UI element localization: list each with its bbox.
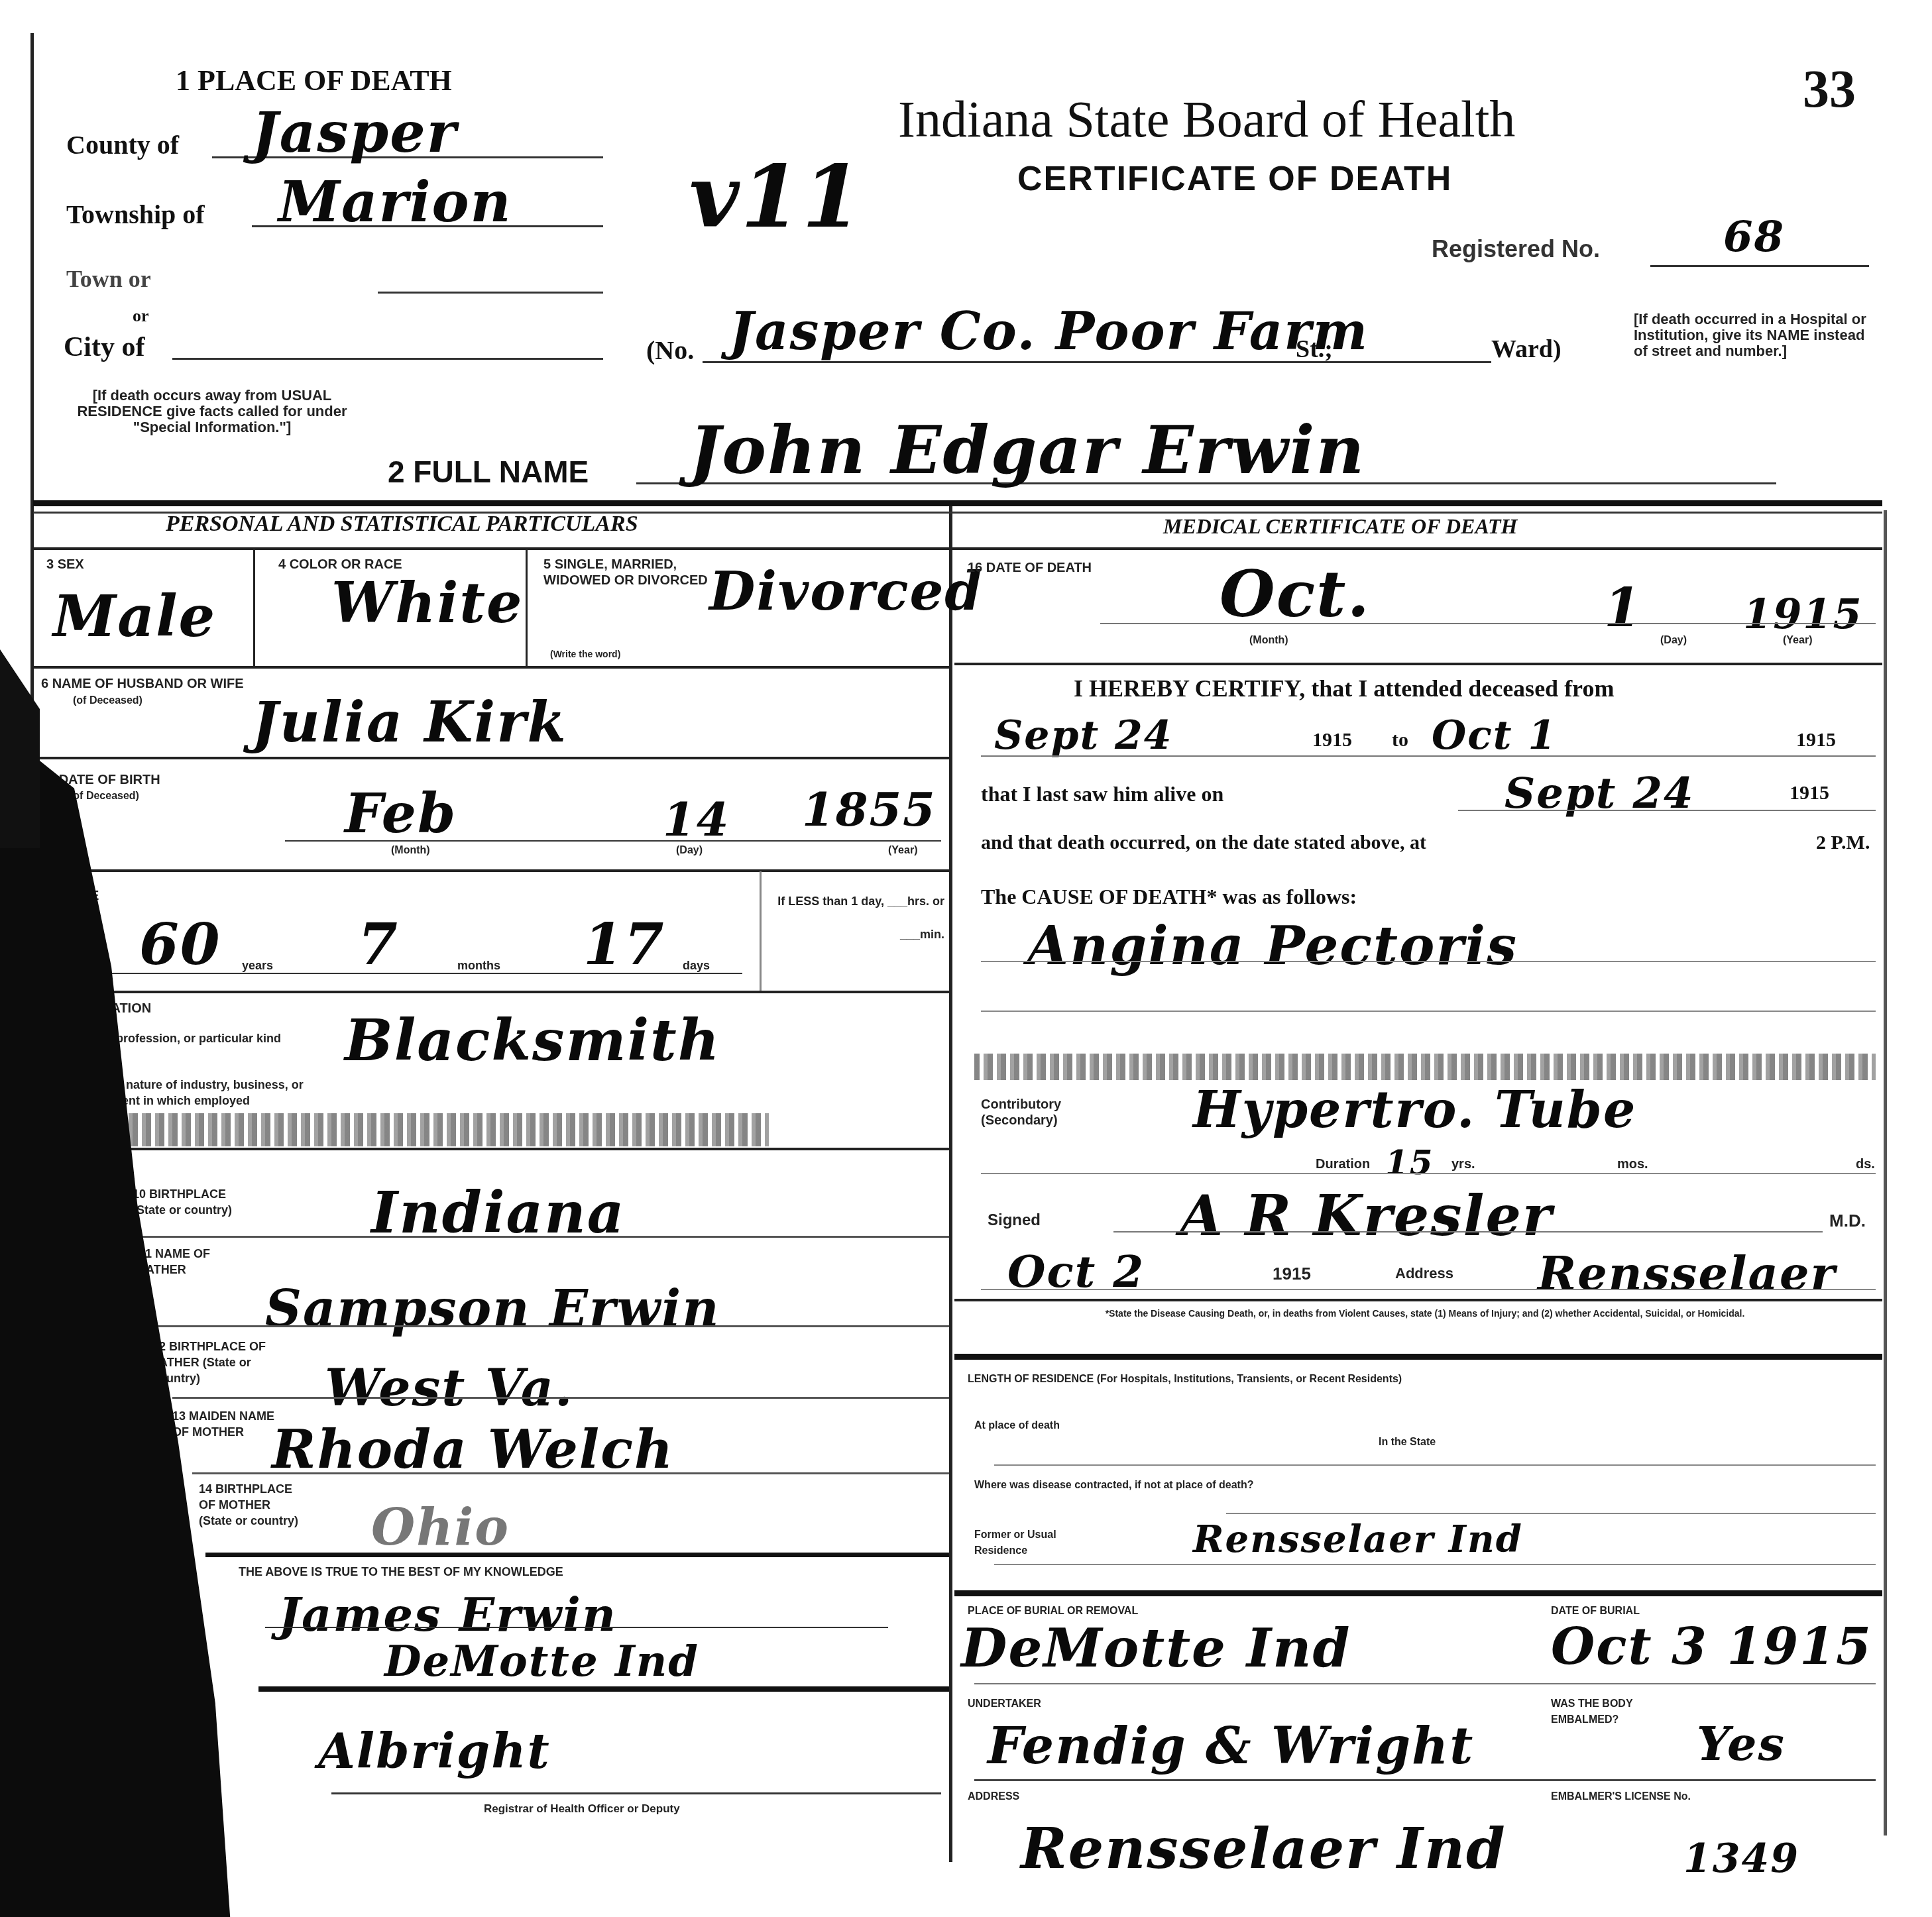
filed-value[interactable]: Albright: [318, 1723, 551, 1779]
dob-line: [285, 840, 941, 842]
contributory-label: Contributory (Secondary): [981, 1097, 1113, 1128]
divider: [253, 550, 255, 666]
row-rule: [139, 1325, 949, 1327]
header-rule: [33, 500, 1882, 506]
attended-from[interactable]: Sept 24: [994, 712, 1173, 759]
registered-no-line: [1650, 265, 1869, 267]
marital-sub: (Write the word): [550, 646, 620, 662]
marital-value[interactable]: Divorced: [709, 560, 983, 622]
row-rule: [258, 1686, 949, 1692]
row-rule: [954, 1590, 1882, 1596]
row-rule: [954, 663, 1882, 665]
row-rule: [33, 991, 949, 993]
mos-label: mos.: [1617, 1156, 1648, 1172]
burial-date-value[interactable]: Oct 3 1915: [1551, 1617, 1872, 1676]
section-rule: [33, 547, 1882, 550]
former-residence-line: [994, 1564, 1876, 1565]
registered-no-value[interactable]: 68: [1723, 212, 1785, 262]
city-label: City of: [64, 331, 144, 363]
contracted-line: [1226, 1513, 1876, 1514]
at-place-label: At place of death: [974, 1418, 1060, 1434]
ward-line[interactable]: [1352, 361, 1491, 363]
to-label: to: [1392, 729, 1408, 751]
township-value[interactable]: Marion: [278, 169, 512, 235]
sex-label: 3 SEX: [46, 557, 84, 573]
father-birthplace-value[interactable]: West Va.: [325, 1358, 574, 1417]
embalmed-label: WAS THE BODY EMBALMED?: [1551, 1696, 1683, 1728]
duration-label: Duration: [1316, 1156, 1370, 1172]
hospital-note: [If death occurred in a Hospital or Inst…: [1634, 311, 1879, 359]
cause-value[interactable]: Angina Pectoris: [1027, 914, 1518, 977]
dob-year[interactable]: 1855: [802, 782, 937, 837]
last-saw-line: [1458, 810, 1876, 811]
mother-birthplace-label: 14 BIRTHPLACE OF MOTHER (State or countr…: [199, 1481, 305, 1529]
signed-line: [1113, 1231, 1823, 1232]
spouse-value[interactable]: Julia Kirk: [252, 689, 567, 755]
where-contracted-label: Where was disease contracted, if not at …: [974, 1478, 1273, 1494]
dob-year-label: (Year): [888, 843, 917, 859]
dod-day[interactable]: 1: [1604, 576, 1642, 639]
row-rule: [33, 666, 949, 669]
row-rule: [133, 1236, 949, 1238]
attended-to-year[interactable]: 1915: [1796, 729, 1836, 751]
occurred-text: and that death occurred, on the date sta…: [981, 832, 1426, 854]
undertaker-address-value[interactable]: Rensselaer Ind: [1021, 1816, 1506, 1881]
row-rule: [954, 1354, 1882, 1360]
corner-number: 33: [1803, 60, 1856, 120]
street-value[interactable]: Jasper Co. Poor Farm: [729, 301, 1369, 362]
attended-to[interactable]: Oct 1: [1432, 712, 1557, 759]
signed-label: Signed: [988, 1213, 1041, 1229]
spouse-sub: (of Deceased): [73, 693, 142, 709]
md-label: M.D.: [1829, 1213, 1866, 1229]
paper-damage: [974, 1054, 1876, 1080]
dob-sub: (of Deceased): [70, 789, 139, 804]
cause-line: [981, 961, 1876, 962]
row-rule: [954, 1299, 1882, 1301]
board-title: Indiana State Board of Health: [898, 89, 1515, 149]
dod-month-label: (Month): [1249, 633, 1288, 649]
full-name-label: 2 FULL NAME: [388, 454, 589, 490]
dod-day-label: (Day): [1660, 633, 1687, 649]
dod-month[interactable]: Oct.: [1220, 557, 1371, 631]
dod-year[interactable]: 1915: [1743, 590, 1863, 638]
footnote: *State the Disease Causing Death, or, in…: [994, 1305, 1856, 1321]
signed-year[interactable]: 1915: [1273, 1266, 1311, 1282]
burial-line: [974, 1683, 1876, 1684]
paper-damage: [40, 1113, 769, 1146]
place-of-death-heading: 1 PLACE OF DEATH: [176, 64, 452, 97]
occurred-time[interactable]: 2 P.M.: [1816, 832, 1870, 854]
occupation-value[interactable]: Blacksmith: [345, 1007, 720, 1074]
row-rule: [192, 1472, 949, 1474]
residence-heading: LENGTH OF RESIDENCE (For Hospitals, Inst…: [968, 1372, 1869, 1388]
attended-line: [981, 755, 1876, 757]
duration-line: [981, 1173, 1876, 1174]
cause-line-2: [981, 1011, 1876, 1012]
undertaker-label: UNDERTAKER: [968, 1696, 1041, 1712]
residence-line: [994, 1464, 1876, 1466]
informant-value[interactable]: James Erwin: [278, 1587, 617, 1642]
town-label: Town or: [66, 265, 151, 293]
less-than-label: If LESS than 1 day, ___hrs. or ___min.: [772, 885, 944, 951]
mother-birthplace-value[interactable]: Ohio: [371, 1498, 510, 1557]
dod-label: 16 DATE OF DEATH: [968, 560, 1092, 576]
township-label: Township of: [66, 199, 205, 230]
scan-shadow-edge: [0, 649, 40, 848]
father-label: 11 NAME OF FATHER: [139, 1246, 219, 1278]
age-months[interactable]: 7: [358, 911, 399, 978]
last-saw-year[interactable]: 1915: [1790, 782, 1829, 804]
last-saw-text: that I last saw him alive on: [981, 782, 1223, 806]
undertaker-address-label: ADDRESS: [968, 1789, 1019, 1805]
age-days[interactable]: 17: [583, 911, 665, 978]
row-rule: [33, 1148, 949, 1150]
undertaker-line: [974, 1779, 1876, 1781]
city-line[interactable]: [172, 358, 603, 360]
registered-no-label: Registered No.: [1432, 235, 1600, 263]
mother-label: 13 MAIDEN NAME OF MOTHER: [172, 1408, 278, 1440]
mother-value[interactable]: Rhoda Welch: [272, 1418, 674, 1480]
age-years[interactable]: 60: [139, 911, 221, 978]
months-label: months: [457, 958, 500, 973]
informant-label: THE ABOVE IS TRUE TO THE BEST OF MY KNOW…: [239, 1564, 563, 1580]
race-value[interactable]: White: [331, 570, 524, 635]
sex-value[interactable]: Male: [53, 583, 216, 650]
embalmer-license-value[interactable]: 1349: [1683, 1835, 1799, 1882]
row-rule: [172, 1397, 949, 1399]
center-divider: [949, 504, 952, 1862]
ds-label: ds.: [1856, 1156, 1875, 1172]
residence-note: [If death occurs away from USUAL RESIDEN…: [73, 388, 351, 435]
or-label: or: [133, 306, 149, 326]
former-residence-value[interactable]: Rensselaer Ind: [1193, 1517, 1523, 1561]
duration-value[interactable]: 15: [1385, 1143, 1434, 1182]
ward-label: Ward): [1491, 335, 1562, 364]
registrar-label: Registrar of Health Officer or Deputy: [484, 1801, 680, 1817]
medical-heading: MEDICAL CERTIFICATE OF DEATH: [1163, 514, 1517, 539]
divider: [526, 550, 528, 666]
county-label: County of: [66, 129, 179, 160]
town-line: [378, 292, 603, 294]
dod-year-label: (Year): [1783, 633, 1812, 649]
dod-line: [1100, 623, 1876, 624]
informant-line: [265, 1627, 888, 1628]
dob-month-label: (Month): [391, 843, 430, 859]
in-state-label: In the State: [1379, 1435, 1436, 1451]
certify-text: I HEREBY CERTIFY, that I attended deceas…: [1074, 675, 1614, 702]
signed-value[interactable]: A R Kresler: [1180, 1183, 1553, 1248]
attended-from-year[interactable]: 1915: [1312, 729, 1352, 751]
dob-day-label: (Day): [676, 843, 703, 859]
margin-notation: v11: [689, 146, 863, 247]
filed-line: [331, 1792, 941, 1794]
former-residence-label: Former or Usual Residence: [974, 1527, 1107, 1559]
certificate-title: CERTIFICATE OF DEATH: [1017, 159, 1452, 199]
father-value[interactable]: Sampson Erwin: [265, 1279, 720, 1338]
birthplace-label: 10 BIRTHPLACE (State or country): [133, 1186, 232, 1218]
row-rule: [33, 869, 949, 872]
right-border: [1884, 510, 1887, 1835]
yrs-label: yrs.: [1451, 1156, 1475, 1172]
personal-heading: PERSONAL AND STATISTICAL PARTICULARS: [166, 512, 638, 537]
informant-address-value[interactable]: DeMotte Ind: [384, 1637, 699, 1686]
father-birthplace-label: 12 BIRTHPLACE OF FATHER (State or countr…: [152, 1339, 298, 1386]
years-label: years: [242, 958, 273, 973]
divider: [760, 871, 762, 991]
address-label: Address: [1395, 1266, 1453, 1282]
marital-label: 5 SINGLE, MARRIED, WIDOWED OR DIVORCED: [543, 557, 722, 588]
county-value[interactable]: Jasper: [252, 99, 457, 165]
row-rule: [205, 1553, 949, 1557]
undertaker-value[interactable]: Fendig & Wright: [988, 1716, 1474, 1775]
address-line: [981, 1289, 1876, 1290]
spouse-label: 6 NAME OF HUSBAND OR WIFE: [41, 676, 244, 692]
age-line: [106, 973, 742, 974]
burial-place-value[interactable]: DeMotte Ind: [961, 1617, 1351, 1679]
embalmer-license-label: EMBALMER'S LICENSE No.: [1551, 1789, 1697, 1805]
contributory-value[interactable]: Hypertro. Tube: [1193, 1080, 1636, 1139]
street-prefix: (No.: [646, 335, 694, 366]
full-name-value[interactable]: John Edgar Erwin: [689, 411, 1365, 489]
st-label: St.;: [1296, 335, 1333, 364]
dob-month[interactable]: Feb: [345, 782, 457, 846]
cause-label: The CAUSE OF DEATH* was as follows:: [981, 885, 1357, 909]
row-rule: [33, 757, 949, 759]
dob-day[interactable]: 14: [663, 792, 730, 847]
embalmed-value[interactable]: Yes: [1697, 1716, 1786, 1771]
days-label: days: [683, 958, 710, 973]
address-value[interactable]: Rensselaer: [1538, 1246, 1836, 1301]
